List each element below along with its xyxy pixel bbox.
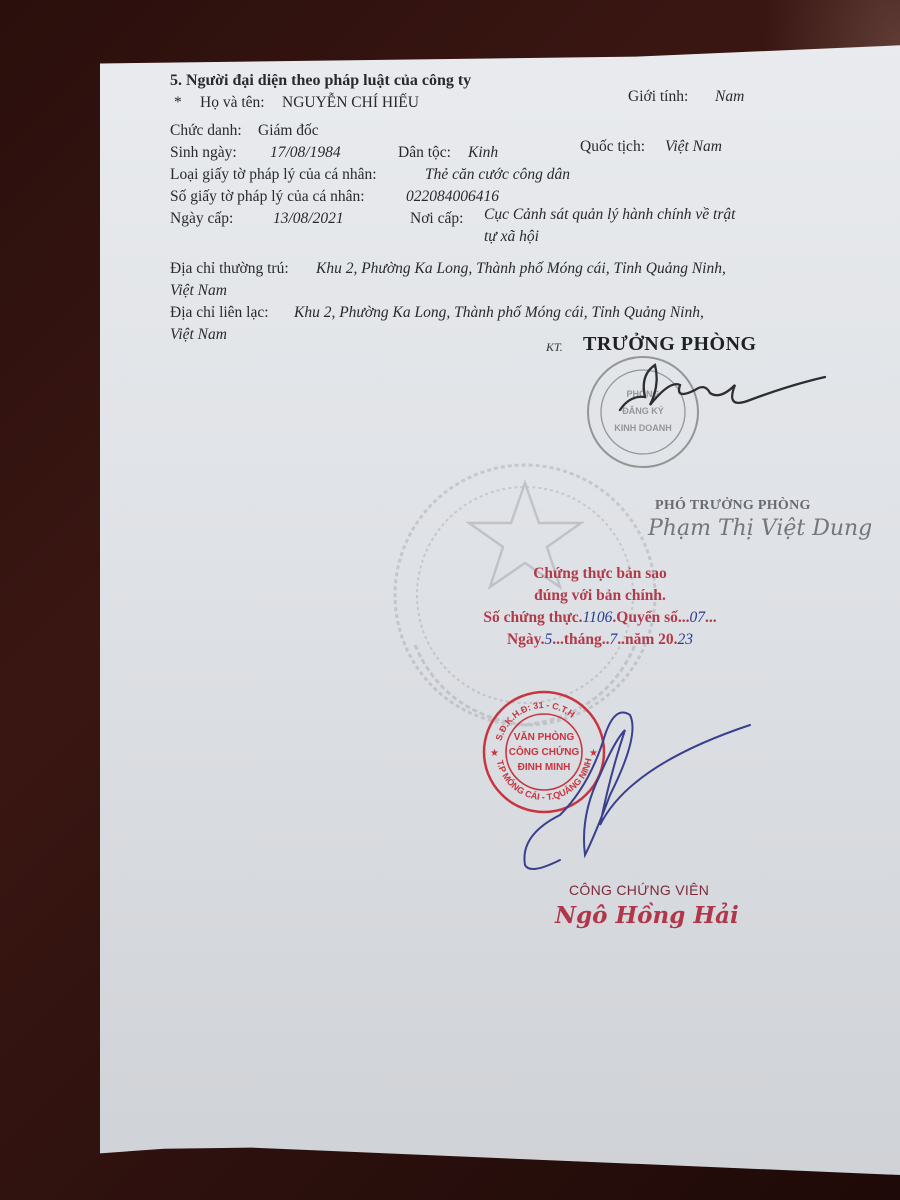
issue-date-label: Ngày cấp: (170, 208, 233, 230)
contact-address-value: Khu 2, Phường Ka Long, Thành phố Móng cá… (294, 302, 704, 324)
id-type-value: Thẻ căn cước công dân (425, 164, 570, 186)
certification-year: 23 (678, 631, 694, 648)
issue-date-value: 13/08/2021 (273, 208, 344, 230)
issue-place-value: Cục Cảnh sát quản lý hành chính về trật (484, 204, 735, 226)
name-label: Họ và tên: (200, 92, 265, 114)
issue-place-value-cont: tự xã hội (484, 226, 539, 248)
certification-number: 1106 (583, 609, 613, 626)
notary-title: CÔNG CHỨNG VIÊN (569, 882, 709, 898)
seal-star-left-icon: ★ (490, 748, 499, 759)
certification-number-row: Số chứng thực.1106.Quyển số...07... (450, 607, 750, 629)
dob-value: 17/08/1984 (270, 142, 341, 164)
id-type-label: Loại giấy tờ pháp lý của cá nhân: (170, 164, 377, 186)
permanent-address-value: Khu 2, Phường Ka Long, Thành phố Móng cá… (316, 258, 726, 280)
permanent-address-label: Địa chỉ thường trú: (170, 258, 289, 280)
issue-place-label: Nơi cấp: (410, 208, 463, 230)
notary-name: Ngô Hồng Hải (555, 902, 739, 929)
book-number: 07 (689, 609, 705, 626)
deputy-head-name: Phạm Thị Việt Dung (648, 516, 872, 541)
kt-initials: KT. (546, 340, 563, 355)
certification-date-row: Ngày.5...tháng..7..năm 20.23 (450, 629, 750, 651)
certification-line-1: Chứng thực bản sao (450, 563, 750, 585)
nationality-label: Quốc tịch: (580, 136, 645, 158)
dob-label: Sinh ngày: (170, 142, 237, 164)
contact-address-value-cont: Việt Nam (170, 324, 227, 346)
contact-address-label: Địa chỉ liên lạc: (170, 302, 269, 324)
certification-line-2: đúng với bản chính. (450, 585, 750, 607)
deputy-head-title: PHÓ TRƯỞNG PHÒNG (655, 498, 811, 514)
ethnicity-label: Dân tộc: (398, 142, 451, 164)
bullet: * (174, 92, 182, 114)
name-value: NGUYỄN CHÍ HIẾU (282, 92, 419, 114)
nationality-value: Việt Nam (665, 136, 722, 158)
gender-value: Nam (715, 86, 744, 108)
certification-day: 5 (544, 631, 552, 648)
title-value: Giám đốc (258, 120, 319, 142)
certification-month: 7 (609, 631, 617, 648)
legal-representative-section: 5. Người đại diện theo pháp luật của côn… (170, 70, 810, 346)
id-number-label: Số giấy tờ pháp lý của cá nhân: (170, 186, 365, 208)
ethnicity-value: Kinh (468, 142, 498, 164)
notary-signature-icon (500, 695, 760, 875)
head-signature-icon (600, 355, 830, 425)
section-heading: 5. Người đại diện theo pháp luật của côn… (170, 70, 810, 92)
certification-stamp: Chứng thực bản sao đúng với bản chính. S… (450, 563, 750, 651)
gender-label: Giới tính: (628, 86, 688, 108)
permanent-address-value-cont: Việt Nam (170, 280, 227, 302)
title-label: Chức danh: (170, 120, 242, 142)
